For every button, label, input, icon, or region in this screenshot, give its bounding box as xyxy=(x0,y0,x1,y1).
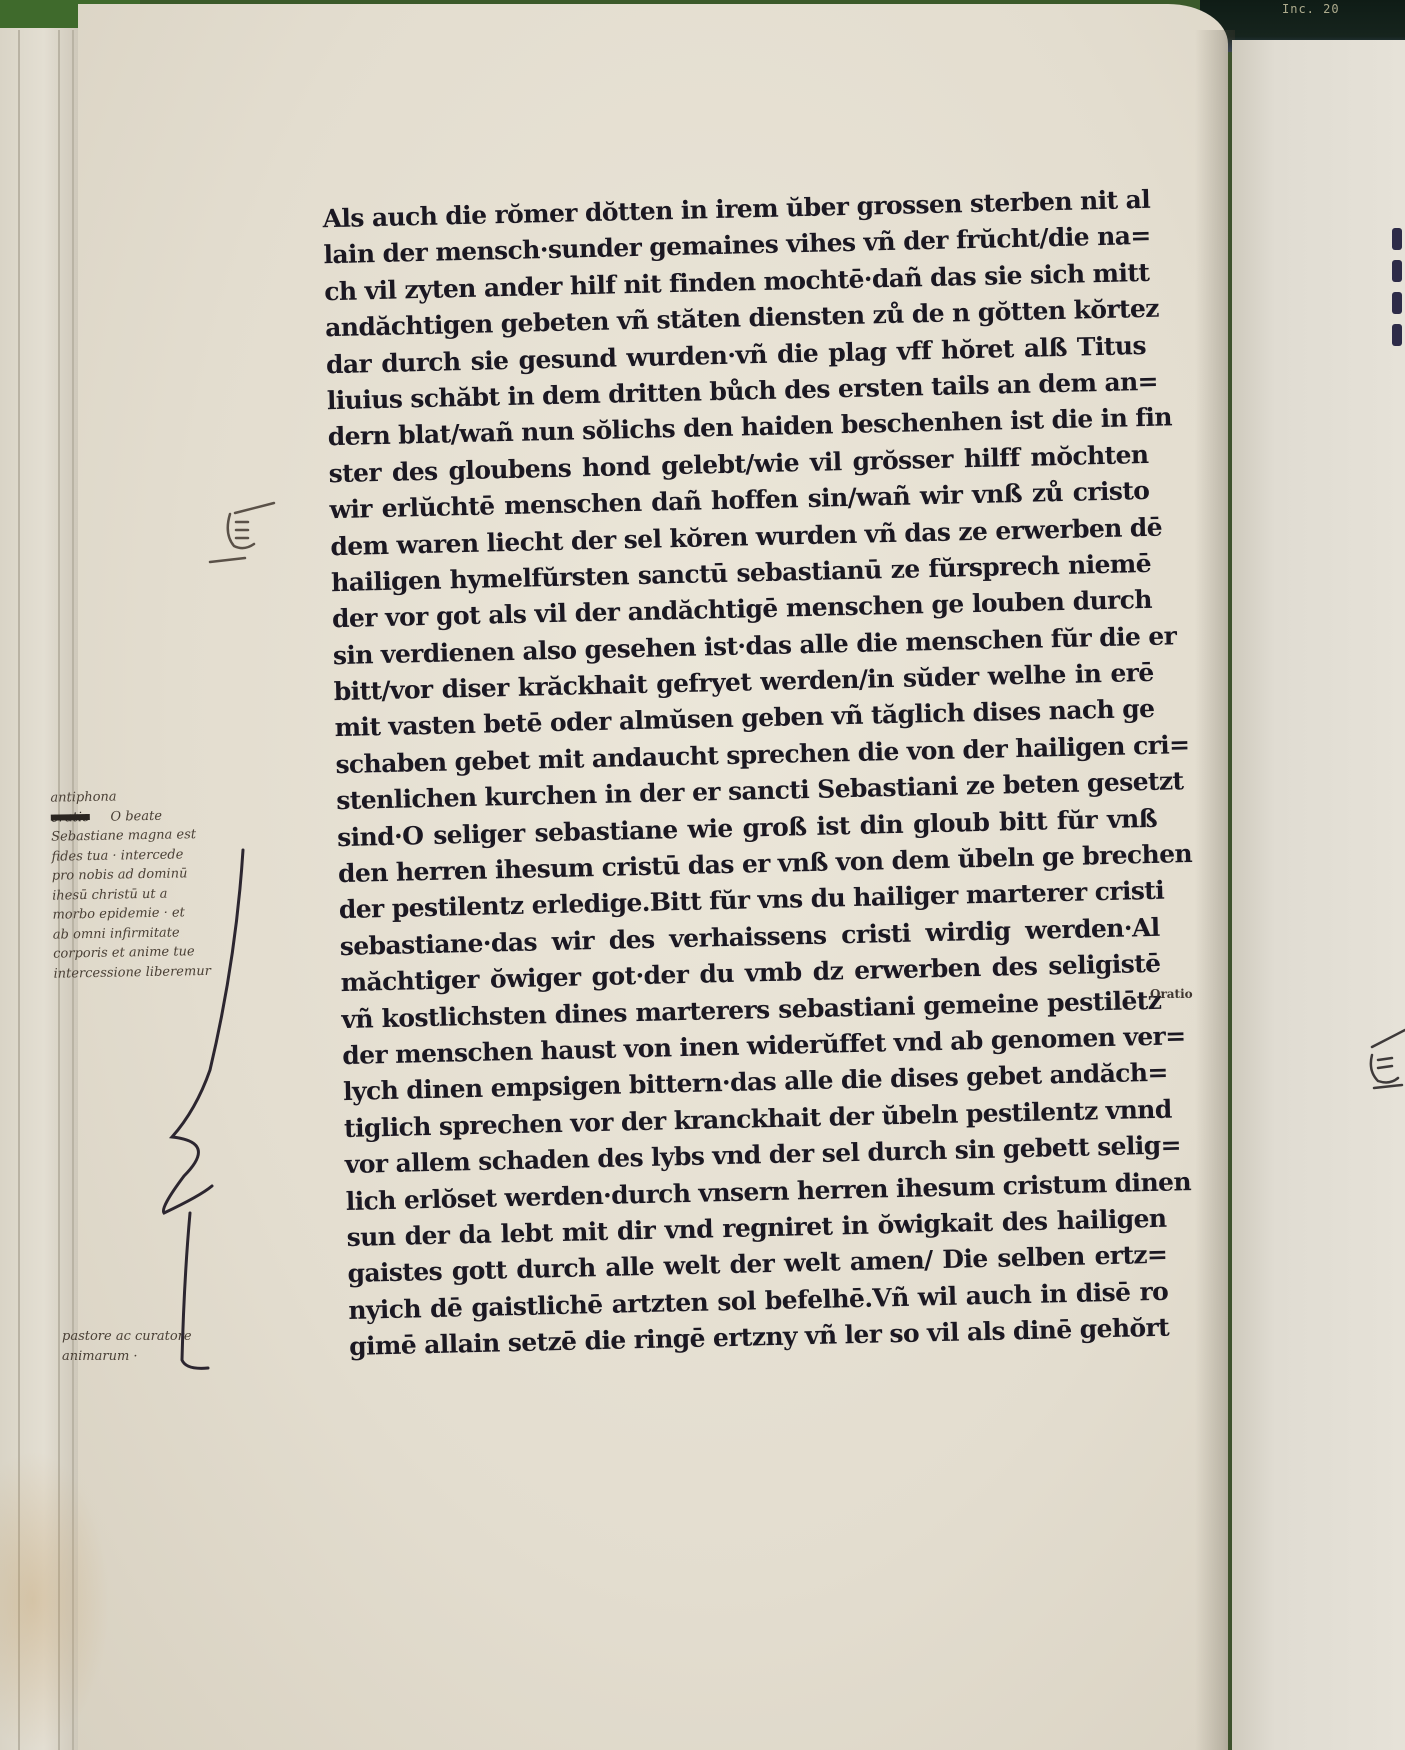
marginal-annotation-bottom: pastore ac curatore animarum · xyxy=(62,1327,192,1366)
facing-page-text-fragments xyxy=(1392,228,1405,388)
printed-text-block: Als auch die rŏmer dŏtten in irem ŭber g… xyxy=(322,182,1169,1365)
marginal-line: pastore ac curatore xyxy=(62,1327,192,1347)
shelfmark-label: Inc. 20 xyxy=(1282,2,1340,16)
page-gutter-shadow xyxy=(1195,30,1235,1750)
foxing-stain xyxy=(0,1450,110,1750)
marginal-annotation-oratio: Oratio xyxy=(1150,985,1193,1005)
marginal-annotation-antiphon: antiphona oratio O beate Sebastiane magn… xyxy=(50,785,243,983)
marginal-line: intercessione liberemur xyxy=(53,961,243,984)
marginal-line: O beate xyxy=(110,808,162,824)
struck-marginal-word: oratio xyxy=(51,809,90,825)
facing-page xyxy=(1232,40,1405,1750)
marginal-line: animarum · xyxy=(62,1347,192,1367)
